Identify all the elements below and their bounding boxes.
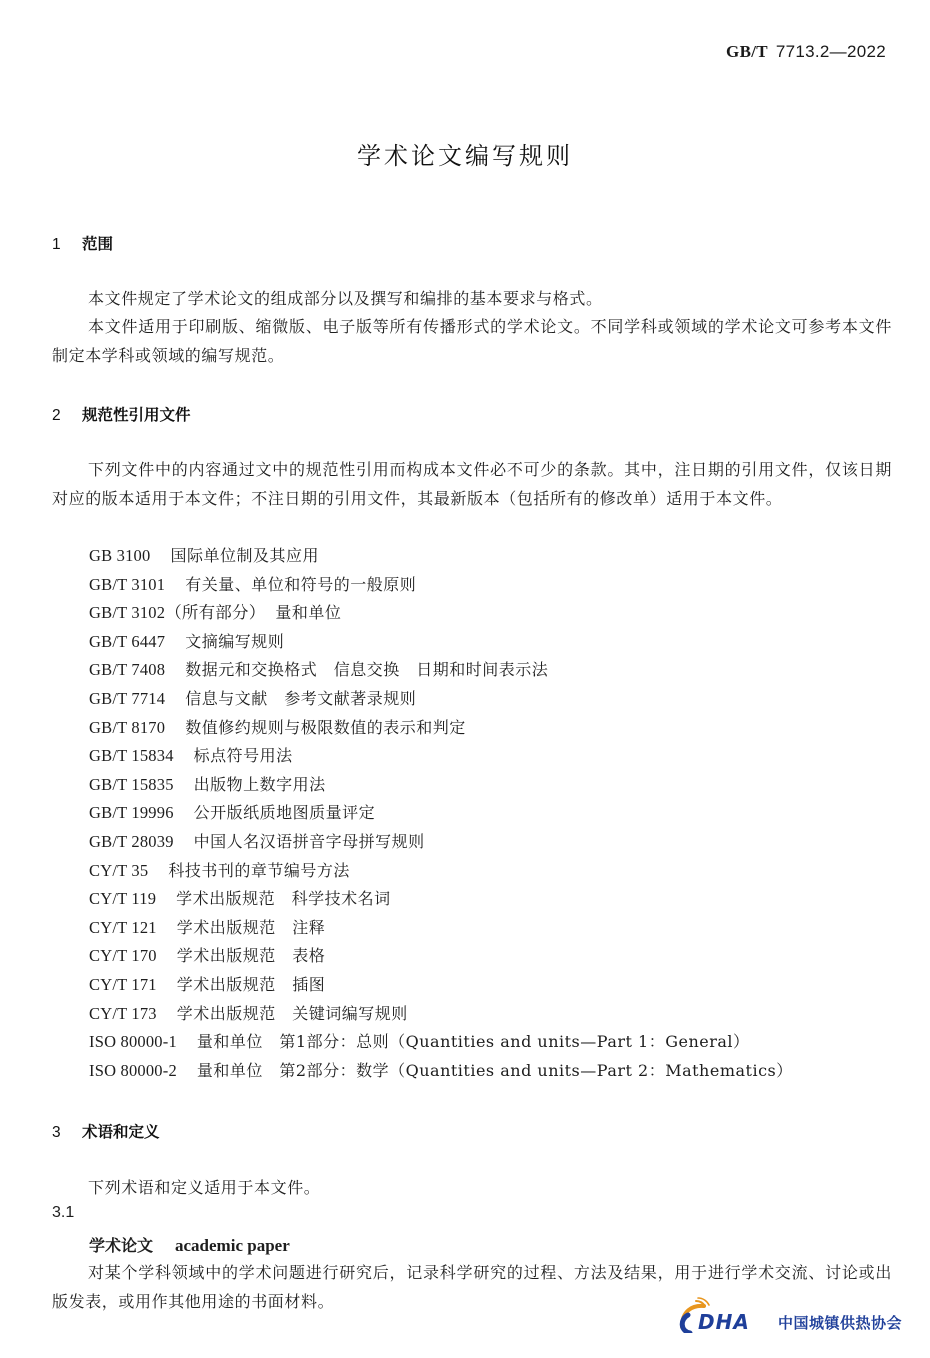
term-name-en: academic paper (175, 1236, 290, 1255)
section-number: 2 (52, 407, 82, 425)
reference-item: CY/T 119学术出版规范 科学技术名词 (89, 885, 793, 914)
reference-code: GB/T 3102（所有部分） (89, 603, 265, 622)
reference-code: GB/T 28039 (89, 832, 174, 851)
standard-prefix: GB/T (726, 42, 768, 61)
reference-title: 公开版纸质地图质量评定 (194, 803, 376, 822)
reference-title: 中国人名汉语拼音字母拼写规则 (194, 832, 425, 851)
reference-title: 出版物上数字用法 (194, 775, 326, 794)
reference-code: GB/T 3101 (89, 575, 165, 594)
reference-code: CY/T 171 (89, 975, 157, 994)
reference-item: GB/T 19996公开版纸质地图质量评定 (89, 799, 793, 828)
reference-code: GB/T 19996 (89, 803, 174, 822)
reference-title: 学术出版规范 表格 (177, 946, 326, 965)
reference-code: CY/T 35 (89, 861, 148, 880)
reference-item: GB/T 3101有关量、单位和符号的一般原则 (89, 571, 793, 600)
normative-references-intro: 下列文件中的内容通过文中的规范性引用而构成本文件必不可少的条款。其中，注日期的引… (52, 456, 892, 513)
reference-title: 信息与文献 参考文献著录规则 (185, 689, 416, 708)
reference-item: ISO 80000-1量和单位 第1部分：总则（Quantities and u… (89, 1028, 793, 1057)
reference-code: CY/T 121 (89, 918, 157, 937)
reference-title: 数值修约规则与极限数值的表示和判定 (185, 718, 466, 737)
scope-paragraph-2: 本文件适用于印刷版、缩微版、电子版等所有传播形式的学术论文。不同学科或领域的学术… (52, 313, 892, 370)
reference-code: CY/T 173 (89, 1004, 157, 1023)
reference-item: CY/T 171学术出版规范 插图 (89, 971, 793, 1000)
section-heading-scope: 1范围 (52, 232, 113, 254)
reference-code: GB/T 15835 (89, 775, 174, 794)
reference-item: GB/T 6447文摘编写规则 (89, 628, 793, 657)
reference-item: GB/T 15834标点符号用法 (89, 742, 793, 771)
section-number: 3 (52, 1124, 82, 1142)
reference-item: CY/T 35科技书刊的章节编号方法 (89, 857, 793, 886)
reference-title: 文摘编写规则 (185, 632, 284, 651)
reference-list: GB 3100国际单位制及其应用 GB/T 3101有关量、单位和符号的一般原则… (89, 542, 793, 1085)
term-name-zh: 学术论文 (89, 1236, 153, 1255)
reference-title: 科技书刊的章节编号方法 (168, 861, 350, 880)
reference-title: 量和单位 第2部分：数学（Quantities and units—Part 2… (197, 1061, 793, 1080)
section-number: 1 (52, 236, 82, 254)
organization-name: 中国城镇供热协会 (778, 1312, 902, 1333)
reference-code: CY/T 170 (89, 946, 157, 965)
term-name: 学术论文academic paper (89, 1233, 290, 1256)
standard-code: GB/T7713.2—2022 (726, 42, 886, 62)
section-title: 范围 (82, 235, 113, 253)
reference-title: 量和单位 第1部分：总则（Quantities and units—Part 1… (197, 1032, 750, 1051)
reference-code: CY/T 119 (89, 889, 156, 908)
reference-title: 学术出版规范 注释 (177, 918, 326, 937)
logo-text: DHA (698, 1310, 750, 1334)
reference-code: GB 3100 (89, 546, 150, 565)
organization-watermark: DHA 中国城镇供热协会 (676, 1297, 916, 1337)
terms-intro: 下列术语和定义适用于本文件。 (52, 1174, 892, 1203)
reference-code: GB/T 8170 (89, 718, 165, 737)
reference-item: GB/T 7714信息与文献 参考文献著录规则 (89, 685, 793, 714)
reference-title: 学术出版规范 关键词编写规则 (177, 1004, 408, 1023)
document-page: GB/T7713.2—2022 学术论文编写规则 1范围 本文件规定了学术论文的… (0, 0, 930, 1358)
reference-item: ISO 80000-2量和单位 第2部分：数学（Quantities and u… (89, 1057, 793, 1086)
reference-code: GB/T 15834 (89, 746, 174, 765)
scope-paragraph-1: 本文件规定了学术论文的组成部分以及撰写和编排的基本要求与格式。 (52, 285, 892, 314)
section-title: 术语和定义 (82, 1123, 160, 1141)
reference-item: GB/T 7408数据元和交换格式 信息交换 日期和时间表示法 (89, 656, 793, 685)
section-heading-normative-references: 2规范性引用文件 (52, 403, 191, 425)
reference-title: 学术出版规范 科学技术名词 (176, 889, 391, 908)
reference-title: 标点符号用法 (194, 746, 293, 765)
reference-code: GB/T 7714 (89, 689, 165, 708)
page-number: 1 (857, 1320, 863, 1332)
reference-item: CY/T 173学术出版规范 关键词编写规则 (89, 1000, 793, 1029)
reference-title: 有关量、单位和符号的一般原则 (185, 575, 416, 594)
reference-title: 学术出版规范 插图 (177, 975, 326, 994)
reference-code: ISO 80000-2 (89, 1061, 177, 1080)
reference-code: GB/T 7408 (89, 660, 165, 679)
section-title: 规范性引用文件 (82, 406, 191, 424)
reference-item: CY/T 121学术出版规范 注释 (89, 914, 793, 943)
section-heading-terms-definitions: 3术语和定义 (52, 1120, 160, 1142)
document-title: 学术论文编写规则 (0, 136, 930, 171)
reference-item: GB/T 3102（所有部分）量和单位 (89, 599, 793, 628)
reference-code: GB/T 6447 (89, 632, 165, 651)
reference-item: GB/T 8170数值修约规则与极限数值的表示和判定 (89, 714, 793, 743)
reference-item: GB/T 28039中国人名汉语拼音字母拼写规则 (89, 828, 793, 857)
standard-number: 7713.2—2022 (776, 42, 886, 61)
term-number: 3.1 (52, 1204, 74, 1222)
reference-item: GB 3100国际单位制及其应用 (89, 542, 793, 571)
reference-item: GB/T 15835出版物上数字用法 (89, 771, 793, 800)
reference-item: CY/T 170学术出版规范 表格 (89, 942, 793, 971)
reference-title: 国际单位制及其应用 (170, 546, 319, 565)
reference-title: 量和单位 (275, 603, 341, 622)
reference-title: 数据元和交换格式 信息交换 日期和时间表示法 (185, 660, 548, 679)
reference-code: ISO 80000-1 (89, 1032, 177, 1051)
